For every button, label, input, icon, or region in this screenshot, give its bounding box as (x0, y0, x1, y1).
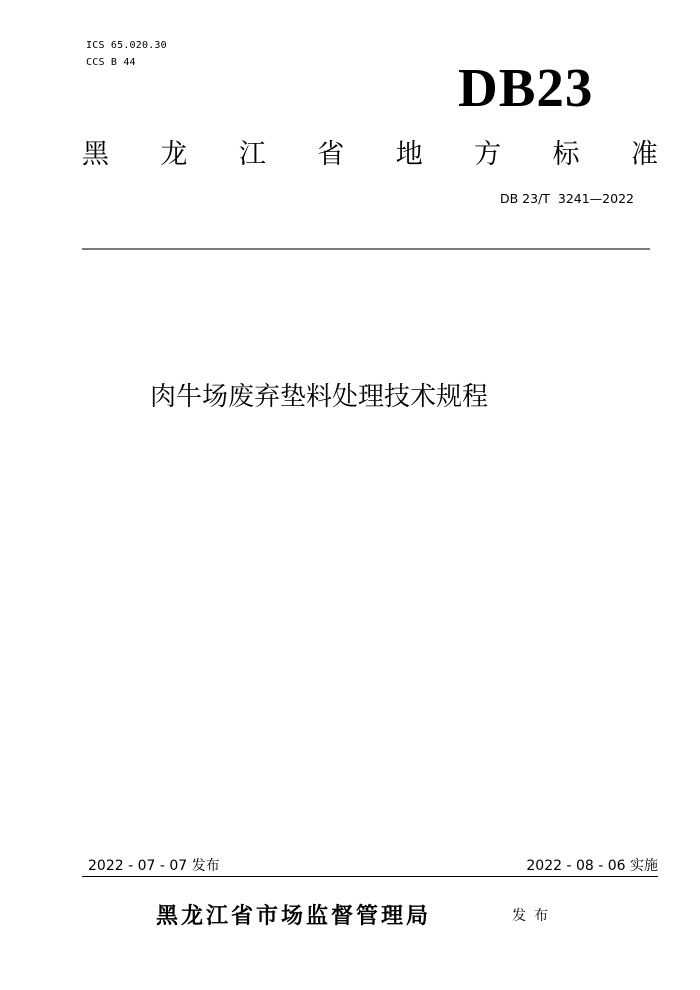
db-logo: DB23 (458, 58, 633, 118)
heading-char: 准 (631, 138, 658, 172)
issuing-authority: 黑龙江省市场监督管理局 (156, 901, 431, 931)
implementation-date: 2022 - 08 - 06 实施 (470, 857, 658, 875)
issuer-suffix: 发布 (512, 906, 556, 926)
document-title: 肉牛场废弃垫料处理技术规程 (150, 379, 570, 415)
ccs-code: CCS B 44 (86, 54, 167, 71)
heading-char: 地 (396, 138, 423, 172)
heading-char: 龙 (160, 138, 187, 172)
heading-char: 标 (553, 138, 580, 172)
heading-char: 方 (474, 138, 501, 172)
issue-date: 2022 - 07 - 07 发布 (88, 857, 220, 875)
header-divider (82, 248, 650, 250)
standard-type-heading: 黑 龙 江 省 地 方 标 准 (82, 138, 658, 172)
footer-divider (82, 876, 658, 877)
heading-char: 省 (317, 138, 344, 172)
standard-number: DB 23/T 3241—2022 (470, 191, 634, 207)
heading-char: 黑 (82, 138, 109, 172)
heading-char: 江 (239, 138, 266, 172)
classification-codes: ICS 65.020.30 CCS B 44 (86, 37, 167, 71)
ics-code: ICS 65.020.30 (86, 37, 167, 54)
